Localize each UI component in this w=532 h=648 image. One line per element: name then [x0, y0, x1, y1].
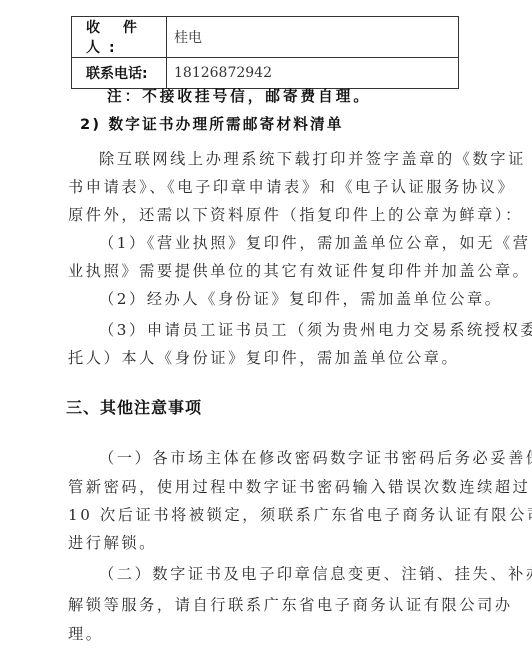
table-row-phone: 联系电话: 18126872942 — [72, 58, 459, 89]
table-row-recipient: 收 件 人: 桂电 — [72, 17, 459, 58]
section-2-heading: 2) 数字证书办理所需邮寄材料清单 — [80, 115, 480, 135]
note-2-line-2: 解锁等服务，请自行联系广东省电子商务认证有限公司办 — [68, 595, 468, 615]
note-2-line-3: 理。 — [68, 624, 468, 644]
item-1-line-1: （1）《营业执照》复印件，需加盖单位公章，如无《营 — [99, 233, 499, 253]
item-3-line-1: （3）申请员工证书员工（须为贵州电力交易系统授权委 — [99, 320, 499, 340]
section-3-heading: 三、其他注意事项 — [66, 398, 466, 418]
intro-line-3: 原件外，还需以下资料原件（指复印件上的公章为鲜章）： — [68, 205, 468, 225]
document-page: 收 件 人: 桂电 联系电话: 18126872942 注：不接收挂号信，邮寄费… — [0, 0, 532, 648]
note-2-line-1: （二）数字证书及电子印章信息变更、注销、挂失、补办、 — [99, 564, 499, 584]
item-3-line-2: 托人）本人《身份证》复印件，需加盖单位公章。 — [68, 348, 468, 368]
note-1-line-1: （一）各市场主体在修改密码数字证书密码后务必妥善保 — [99, 448, 499, 468]
item-2-line-1: （2）经办人《身份证》复印件，需加盖单位公章。 — [99, 289, 499, 309]
note-1-line-2: 管新密码，使用过程中数字证书密码输入错误次数连续超过 — [68, 477, 468, 497]
intro-line-1: 除互联网线上办理系统下载打印并签字盖章的《数字证 — [99, 149, 499, 169]
item-1-line-2: 业执照》需要提供单位的其它有效证件复印件并加盖公章。 — [68, 261, 468, 281]
phone-label: 联系电话: — [72, 58, 167, 89]
mail-note: 注：不接收挂号信，邮寄费自理。 — [107, 87, 507, 107]
note-1-line-3: 10 次后证书将被锁定，须联系广东省电子商务认证有限公司 — [68, 505, 468, 525]
recipient-value: 桂电 — [167, 17, 459, 58]
intro-line-2: 书申请表》、《电子印章申请表》和《电子认证服务协议》 — [68, 177, 468, 197]
recipient-label: 收 件 人: — [72, 17, 167, 58]
contact-table: 收 件 人: 桂电 联系电话: 18126872942 — [71, 16, 459, 89]
phone-value: 18126872942 — [167, 58, 459, 89]
note-1-line-4: 进行解锁。 — [68, 533, 468, 553]
